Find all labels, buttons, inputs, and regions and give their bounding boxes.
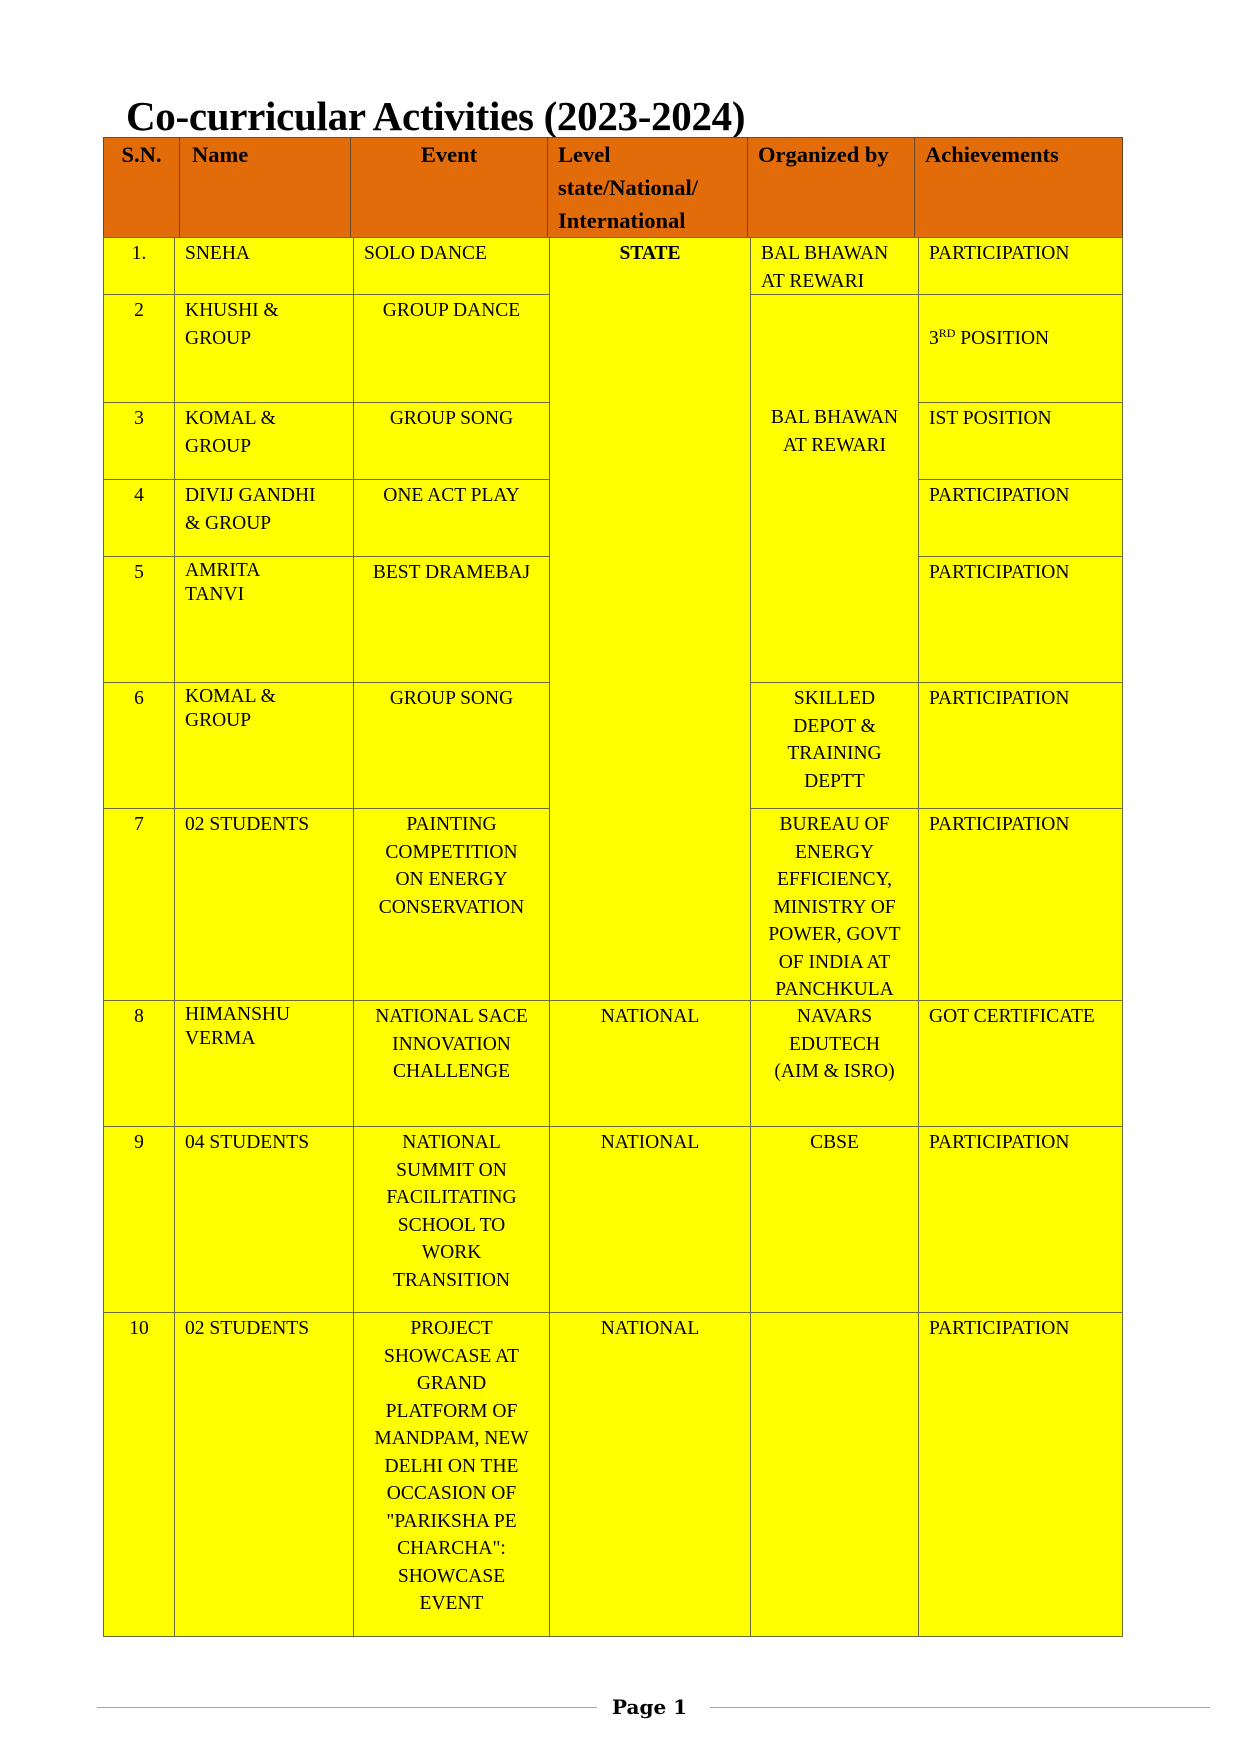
- cell-achievement: 3RD POSITION: [918, 294, 1123, 403]
- cell-organized-by: BUREAU OF ENERGY EFFICIENCY, MINISTRY OF…: [750, 808, 919, 1001]
- cell-achievement: IST POSITION: [918, 402, 1123, 480]
- footer-rule-left: [97, 1707, 597, 1708]
- header-name: Name: [179, 137, 351, 238]
- cell-name: 02 STUDENTS: [174, 808, 354, 1001]
- cell-organized-by: SKILLED DEPOT & TRAINING DEPTT: [750, 682, 919, 809]
- cell-achievement: PARTICIPATION: [918, 682, 1123, 809]
- cell-level: NATIONAL: [549, 1126, 751, 1313]
- cell-sn: 4: [103, 479, 175, 557]
- cell-achievement: PARTICIPATION: [918, 808, 1123, 1001]
- header-event: Event: [350, 137, 548, 238]
- cell-organized-by: NAVARS EDUTECH (AIM & ISRO): [750, 1000, 919, 1127]
- cell-achievement: GOT CERTIFICATE: [918, 1000, 1123, 1127]
- cell-organized-by-merged: BAL BHAWAN AT REWARI: [750, 294, 919, 683]
- cell-sn: 9: [103, 1126, 175, 1313]
- cell-organized-by: CBSE: [750, 1126, 919, 1313]
- cell-sn: 1.: [103, 237, 175, 295]
- cell-sn: 10: [103, 1312, 175, 1637]
- cell-organized-by: BAL BHAWAN AT REWARI: [750, 237, 919, 295]
- cell-event: GROUP SONG: [353, 682, 550, 809]
- cell-event: PAINTING COMPETITION ON ENERGY CONSERVAT…: [353, 808, 550, 1001]
- cell-name: KOMAL & GROUP: [174, 682, 354, 809]
- cell-sn: 8: [103, 1000, 175, 1127]
- cell-event: SOLO DANCE: [353, 237, 550, 295]
- cell-achievement: PARTICIPATION: [918, 556, 1123, 683]
- cell-achievement: PARTICIPATION: [918, 237, 1123, 295]
- cell-achievement: PARTICIPATION: [918, 1312, 1123, 1637]
- page-number: Page 1: [612, 1694, 687, 1720]
- cell-name: SNEHA: [174, 237, 354, 295]
- header-sn: S.N.: [103, 137, 180, 238]
- cell-sn: 7: [103, 808, 175, 1001]
- cell-sn: 3: [103, 402, 175, 480]
- cell-event: GROUP DANCE: [353, 294, 550, 403]
- achievement-ordinal-suffix: RD: [939, 326, 956, 340]
- cell-event: NATIONAL SUMMIT ON FACILITATING SCHOOL T…: [353, 1126, 550, 1313]
- cell-name: DIVIJ GANDHI & GROUP: [174, 479, 354, 557]
- cell-level: NATIONAL: [549, 1000, 751, 1127]
- cell-level: NATIONAL: [549, 1312, 751, 1637]
- cell-name: KOMAL & GROUP: [174, 402, 354, 480]
- cell-achievement: PARTICIPATION: [918, 1126, 1123, 1313]
- header-level: Level state/National/ International: [547, 137, 748, 238]
- footer-rule-right: [710, 1707, 1210, 1708]
- cell-level-state-merged: STATE: [549, 237, 751, 1001]
- cell-name: 04 STUDENTS: [174, 1126, 354, 1313]
- achievement-ordinal: 3: [929, 328, 939, 349]
- activities-table: S.N. Name Event Level state/National/ In…: [0, 0, 1241, 1755]
- cell-event: ONE ACT PLAY: [353, 479, 550, 557]
- cell-name: HIMANSHU VERMA: [174, 1000, 354, 1127]
- cell-name: AMRITA TANVI: [174, 556, 354, 683]
- cell-name: KHUSHI & GROUP: [174, 294, 354, 403]
- header-organized-by: Organized by: [747, 137, 915, 238]
- cell-event: BEST DRAMEBAJ: [353, 556, 550, 683]
- cell-event: GROUP SONG: [353, 402, 550, 480]
- cell-name: 02 STUDENTS: [174, 1312, 354, 1637]
- cell-event: NATIONAL SACE INNOVATION CHALLENGE: [353, 1000, 550, 1127]
- cell-sn: 5: [103, 556, 175, 683]
- cell-achievement: PARTICIPATION: [918, 479, 1123, 557]
- cell-sn: 6: [103, 682, 175, 809]
- cell-event: PROJECT SHOWCASE AT GRAND PLATFORM OF MA…: [353, 1312, 550, 1637]
- cell-organized-by: [750, 1312, 919, 1637]
- header-achievements: Achievements: [914, 137, 1123, 238]
- achievement-text: POSITION: [955, 328, 1049, 349]
- cell-sn: 2: [103, 294, 175, 403]
